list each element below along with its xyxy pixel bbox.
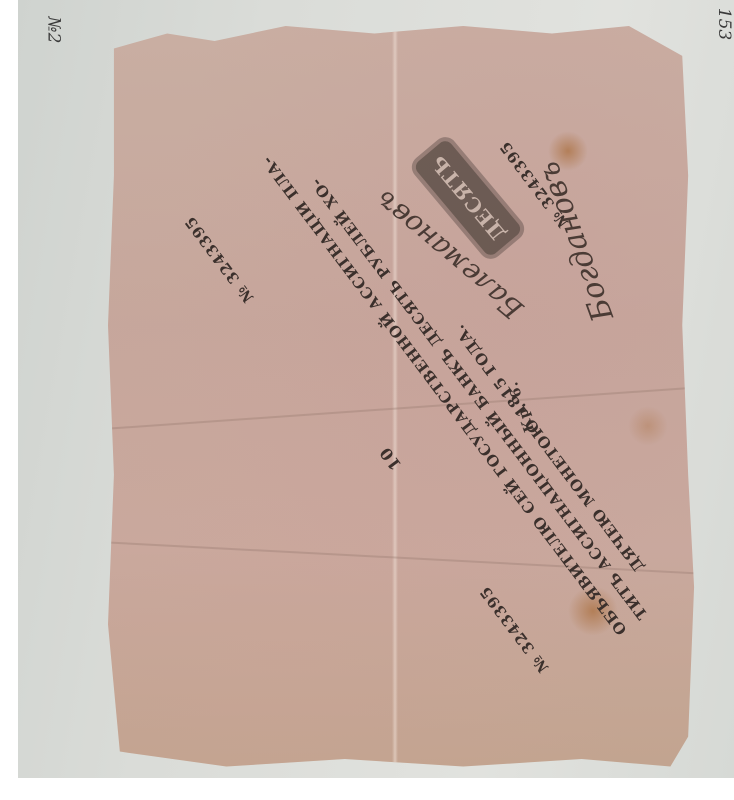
serial-number-bottom: № 3243395 [476,582,553,676]
margin-mark-left: №2 [43,17,63,44]
stain [628,406,668,446]
signature-2: Бoгдановъ [531,157,621,326]
banknote: ОБЪЯВИТЕЛЮ СЕЙ ГОСУДАРСТВЕННОЙ АССИГНАЦІ… [108,26,700,774]
margin-mark-right: 153 [714,8,734,40]
crease [109,387,700,430]
serial-number-left: № 3243395 [181,212,258,306]
vertical-fold [392,26,398,774]
denomination: 10 [375,443,405,474]
